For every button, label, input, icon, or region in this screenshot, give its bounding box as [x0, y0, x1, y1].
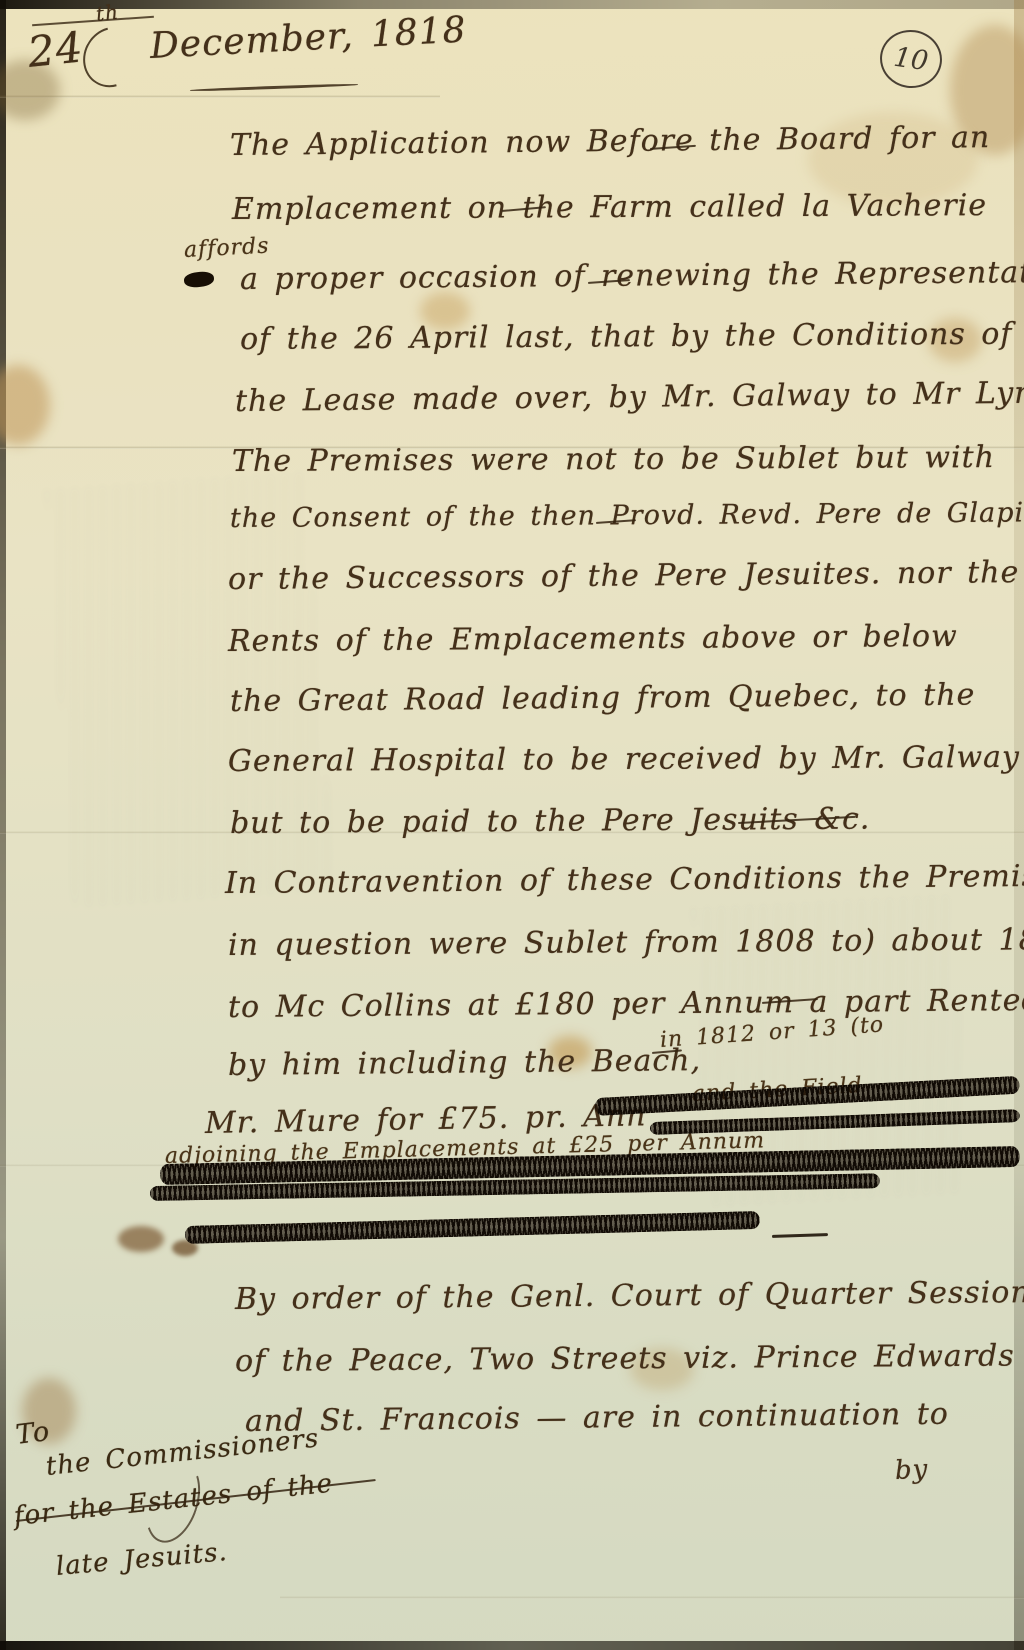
manuscript-page: 24 th December, 1818 10 The Application …: [0, 0, 1024, 1650]
body-line: the Consent of the then Provd. Revd. Per…: [230, 497, 1024, 534]
body-line: Rents of the Emplacements above or below: [228, 619, 958, 659]
insertion-affords: affords: [183, 234, 270, 263]
date-underline-flourish: [190, 83, 358, 91]
body-line: the Great Road leading from Quebec, to t…: [230, 677, 976, 719]
body-line: to Mc Collins at £180 per Annum a part R…: [228, 983, 1024, 1025]
body-line: by him including the Beach,: [228, 1043, 701, 1083]
body-line: By order of the Genl. Court of Quarter S…: [235, 1275, 1024, 1317]
body-line: of the Peace, Two Streets viz. Prince Ed…: [235, 1339, 1015, 1379]
date-flourish-stroke: [32, 16, 154, 27]
scan-edge-bottom: [0, 1641, 1024, 1650]
body-line: of the 26 April last, that by the Condit…: [240, 317, 1013, 357]
scan-edge-right: [1014, 0, 1024, 1650]
body-line: General Hospital to be received by Mr. G…: [228, 740, 1020, 779]
stain: [0, 365, 50, 445]
body-line: or the Successors of the Pere Jesuites. …: [228, 555, 1020, 597]
pen-dash: [772, 1233, 828, 1238]
ink-scribble: [185, 1211, 760, 1244]
body-line: Emplacement on the Farm called la Vacher…: [232, 188, 987, 227]
catchword: by: [894, 1454, 929, 1486]
docket-line: late Jesuits.: [55, 1537, 229, 1582]
date-day-suffix: th: [95, 0, 120, 26]
body-line: a proper occasion of renewing the Repres…: [240, 255, 1024, 297]
scan-edge-top: [0, 0, 1024, 9]
page-number: 10: [892, 41, 930, 76]
date-month-year: December, 1818: [149, 9, 468, 67]
body-line: and St. Francois — are in continuation t…: [245, 1397, 949, 1439]
date-flourish-loop: [72, 16, 152, 98]
stain: [118, 1226, 164, 1252]
body-line: in question were Sublet from 1808 to) ab…: [228, 922, 1024, 963]
body-line: In Contravention of these Conditions the…: [225, 859, 1024, 901]
date-day: 24: [25, 22, 85, 77]
docket-line: To: [14, 1416, 52, 1451]
page-number-circle: 10: [876, 26, 945, 92]
fold-crease: [280, 1596, 1024, 1599]
body-line: the Lease made over, by Mr. Galway to Mr…: [235, 375, 1024, 419]
scan-edge-left: [0, 0, 6, 1650]
ink-blot: [183, 270, 214, 288]
body-line: The Premises were not to be Sublet but w…: [232, 440, 995, 479]
fold-crease: [0, 95, 440, 98]
